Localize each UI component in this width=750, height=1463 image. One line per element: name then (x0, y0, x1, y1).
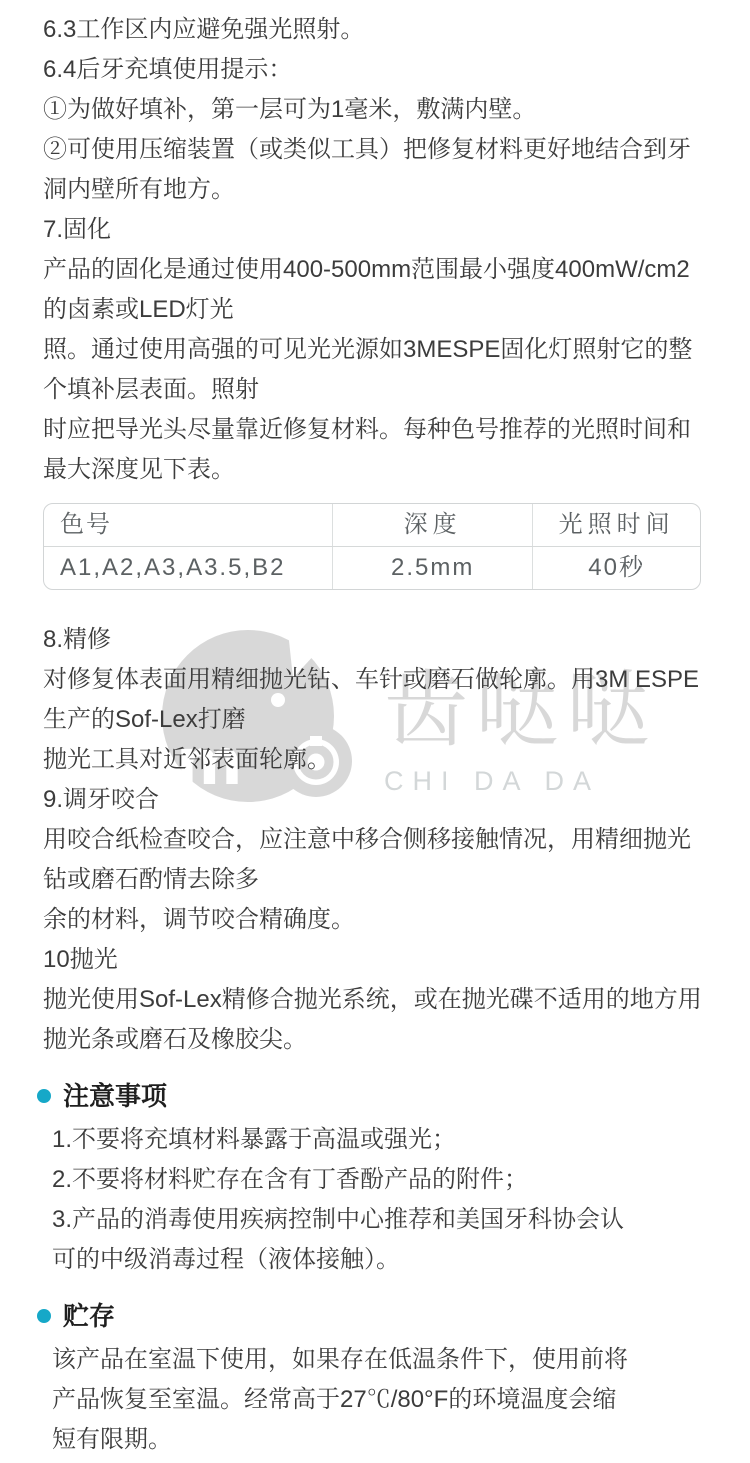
paragraph-tip-2: ②可使用压缩装置（或类似工具）把修复材料更好地结合到牙 洞内壁所有地方。 (43, 130, 722, 210)
notice-item-2: 2.不要将材料贮存在含有丁香酚产品的附件； (52, 1160, 722, 1200)
bullet-icon (37, 1309, 51, 1323)
paragraph-polishing: 抛光使用Sof-Lex精修合抛光系统，或在抛光碟不适用的地方用 抛光条或磨石及橡… (43, 980, 722, 1060)
notice-section-heading: 注意事项 (37, 1074, 722, 1118)
table-header-row: 色号 深度 光照时间 (44, 504, 700, 547)
document-content: 6.3工作区内应避免强光照射。 6.4后牙充填使用提示： ①为做好填补，第一层可… (0, 0, 750, 1460)
shade-cure-table: 色号 深度 光照时间 A1,A2,A3,A3.5,B2 2.5mm 40秒 (43, 503, 701, 590)
paragraph-6-4: 6.4后牙充填使用提示： (43, 50, 722, 90)
table-cell-light-time: 40秒 (533, 547, 700, 590)
storage-section-title: 贮存 (63, 1294, 115, 1338)
table-header-shade: 色号 (44, 504, 333, 547)
document-page: m 齿哒哒 CHI DA DA 6.3工作区内应避免强光照射。 6.4后牙充填使… (0, 0, 750, 1463)
table-cell-depth: 2.5mm (333, 547, 533, 590)
notice-section-title: 注意事项 (63, 1074, 167, 1118)
paragraph-6-3: 6.3工作区内应避免强光照射。 (43, 10, 722, 50)
paragraph-occlusion: 用咬合纸检查咬合，应注意中移合侧移接触情况，用精细抛光 钻或磨石酌情去除多 余的… (43, 820, 722, 940)
table-header-depth: 深度 (333, 504, 533, 547)
table-header-light-time: 光照时间 (533, 504, 700, 547)
paragraph-curing: 产品的固化是通过使用400-500mm范围最小强度400mW/cm2 的卤素或L… (43, 250, 722, 490)
table-row: A1,A2,A3,A3.5,B2 2.5mm 40秒 (44, 547, 700, 590)
paragraph-finishing: 对修复体表面用精细抛光钻、车针或磨石做轮廓。用3M ESPE 生产的Sof-Le… (43, 660, 722, 780)
notice-item-1: 1.不要将充填材料暴露于高温或强光； (52, 1120, 722, 1160)
bullet-icon (37, 1089, 51, 1103)
paragraph-tip-1: ①为做好填补，第一层可为1毫米，敷满内壁。 (43, 90, 722, 130)
paragraph-8-heading: 8.精修 (43, 620, 722, 660)
paragraph-7-heading: 7.固化 (43, 210, 722, 250)
paragraph-9-heading: 9.调牙咬合 (43, 780, 722, 820)
notice-item-3: 3.产品的消毒使用疾病控制中心推荐和美国牙科协会认 可的中级消毒过程（液体接触）… (52, 1200, 722, 1280)
table-cell-shades: A1,A2,A3,A3.5,B2 (44, 547, 333, 590)
storage-body: 该产品在室温下使用，如果存在低温条件下，使用前将 产品恢复至室温。经常高于27℃… (52, 1340, 722, 1460)
paragraph-10-heading: 10抛光 (43, 940, 722, 980)
storage-section-heading: 贮存 (37, 1294, 722, 1338)
